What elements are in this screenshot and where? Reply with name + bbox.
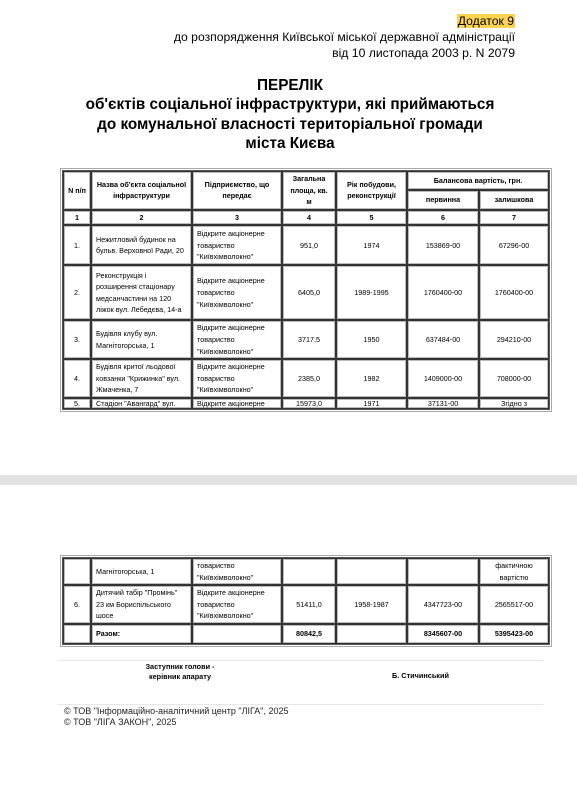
cell-initial: 37131-00 (407, 398, 479, 409)
signatory-name: Б. Стичинський (392, 671, 449, 680)
divider (58, 704, 543, 705)
column-number-row: 1 2 3 4 5 6 7 (63, 210, 549, 226)
document-title: ПЕРЕЛІК об'єктів соціальної інфраструкту… (60, 76, 520, 153)
cell-year: 1958-1987 (336, 585, 407, 624)
annex-header: Додаток 9 до розпорядження Київської міс… (174, 13, 515, 61)
cell-enterprise: Відкрите акціонерне (192, 398, 282, 409)
header-year: Рік побудови, реконструкції (336, 171, 407, 210)
table-row: 1. Нежитловий будинок на бульв. Верховно… (63, 225, 549, 265)
total-area: 80842,5 (282, 624, 336, 644)
cell-enterprise (192, 624, 282, 644)
annex-decree-line: до розпорядження Київської міської держа… (174, 29, 515, 45)
cell-area: 15973,0 (282, 398, 336, 409)
objects-table-page-1: N п/п Назва об'єкта соціальної інфрастру… (62, 170, 550, 410)
annex-label: Додаток 9 (457, 14, 515, 28)
cell-enterprise: Відкрите акціонерне товариство "Київхімв… (192, 320, 282, 359)
total-residual: 5395423-00 (479, 624, 549, 644)
cell-area: 951,0 (282, 225, 336, 265)
cell-num: 3. (63, 320, 91, 359)
cell-initial (407, 558, 479, 585)
cell-year (336, 558, 407, 585)
cell-enterprise: Відкрите акціонерне товариство "Київхімв… (192, 225, 282, 265)
cell-enterprise: Відкрите акціонерне товариство "Київхімв… (192, 265, 282, 320)
cell-enterprise: Відкрите акціонерне товариство "Київхімв… (192, 585, 282, 624)
table-row: 5. Стадіон "Авангард" вул. Відкрите акці… (63, 398, 549, 409)
cell-year: 1989-1995 (336, 265, 407, 320)
annex-date-line: від 10 листопада 2003 р. N 2079 (174, 45, 515, 61)
cell-year: 1982 (336, 359, 407, 398)
position-line-1: Заступник голови - (120, 662, 240, 672)
table-row-continued: Магнітогорська, 1 товариство "Київхімвол… (63, 558, 549, 585)
title-line-1: ПЕРЕЛІК (60, 76, 520, 95)
cell-name: Дитячий табір "Промінь" 23 км Бориспільс… (91, 585, 192, 624)
cell-initial: 4347723-00 (407, 585, 479, 624)
cell-num: 6. (63, 585, 91, 624)
cell-area: 6405,0 (282, 265, 336, 320)
copyright-block: © ТОВ "Інформаційно-аналітичний центр "Л… (64, 706, 289, 728)
table-row: 4. Будівля критої льодової ковзанки "Кри… (63, 359, 549, 398)
cell-num: 2. (63, 265, 91, 320)
cell-area: 2385,0 (282, 359, 336, 398)
table-row: 3. Будівля клубу вул. Магнітогорська, 1 … (63, 320, 549, 359)
header-name: Назва об'єкта соціальної інфраструктури (91, 171, 192, 210)
cell-initial: 153869-00 (407, 225, 479, 265)
title-line-2: об'єктів соціальної інфраструктури, які … (60, 95, 520, 114)
title-line-3: до комунальної власності територіальної … (60, 115, 520, 134)
cell-residual: 1760400-00 (479, 265, 549, 320)
cell-name: Стадіон "Авангард" вул. (91, 398, 192, 409)
cell-residual: Згідно з (479, 398, 549, 409)
cell-initial: 1409000-00 (407, 359, 479, 398)
position-line-2: керівник апарату (120, 672, 240, 682)
colnum: 2 (91, 210, 192, 226)
cell-name: Реконструкція і розширення стаціонару ме… (91, 265, 192, 320)
divider (58, 660, 543, 661)
cell-area: 51411,0 (282, 585, 336, 624)
cell-num: 1. (63, 225, 91, 265)
cell-name: Магнітогорська, 1 (91, 558, 192, 585)
header-area: Загальна площа, кв. м (282, 171, 336, 210)
header-num: N п/п (63, 171, 91, 210)
table-row: 6. Дитячий табір "Промінь" 23 км Бориспі… (63, 585, 549, 624)
signatory-position: Заступник голови - керівник апарату (120, 662, 240, 682)
cell-num (63, 624, 91, 644)
colnum: 6 (407, 210, 479, 226)
cell-name: Нежитловий будинок на бульв. Верховної Р… (91, 225, 192, 265)
page-separator (0, 475, 577, 485)
cell-residual: 294210-00 (479, 320, 549, 359)
cell-year: 1971 (336, 398, 407, 409)
cell-enterprise: Відкрите акціонерне товариство "Київхімв… (192, 359, 282, 398)
total-row: Разом: 80842,5 8345607-00 5395423-00 (63, 624, 549, 644)
title-line-4: міста Києва (60, 134, 520, 153)
cell-num (63, 558, 91, 585)
cell-residual: 2565517-00 (479, 585, 549, 624)
colnum: 3 (192, 210, 282, 226)
cell-area (282, 558, 336, 585)
cell-year: 1974 (336, 225, 407, 265)
objects-table-page-2: Магнітогорська, 1 товариство "Київхімвол… (62, 557, 550, 645)
cell-area: 3717,5 (282, 320, 336, 359)
cell-year: 1950 (336, 320, 407, 359)
cell-enterprise: товариство "Київхімволокно" (192, 558, 282, 585)
cell-initial: 637484-00 (407, 320, 479, 359)
cell-residual: 708000-00 (479, 359, 549, 398)
cell-initial: 1760400-00 (407, 265, 479, 320)
total-label: Разом: (91, 624, 192, 644)
header-initial: первинна (407, 190, 479, 209)
cell-year (336, 624, 407, 644)
copyright-line-2: © ТОВ "ЛІГА ЗАКОН", 2025 (64, 717, 289, 728)
total-initial: 8345607-00 (407, 624, 479, 644)
header-residual: залишкова (479, 190, 549, 209)
header-balance: Балансова вартість, грн. (407, 171, 549, 190)
colnum: 7 (479, 210, 549, 226)
copyright-line-1: © ТОВ "Інформаційно-аналітичний центр "Л… (64, 706, 289, 717)
table-row: 2. Реконструкція і розширення стаціонару… (63, 265, 549, 320)
cell-residual: 67296-00 (479, 225, 549, 265)
cell-name: Будівля критої льодової ковзанки "Крижин… (91, 359, 192, 398)
cell-num: 5. (63, 398, 91, 409)
colnum: 5 (336, 210, 407, 226)
cell-num: 4. (63, 359, 91, 398)
cell-name: Будівля клубу вул. Магнітогорська, 1 (91, 320, 192, 359)
colnum: 1 (63, 210, 91, 226)
cell-residual: фактичною вартістю (479, 558, 549, 585)
header-enterprise: Підприємство, що передає (192, 171, 282, 210)
colnum: 4 (282, 210, 336, 226)
